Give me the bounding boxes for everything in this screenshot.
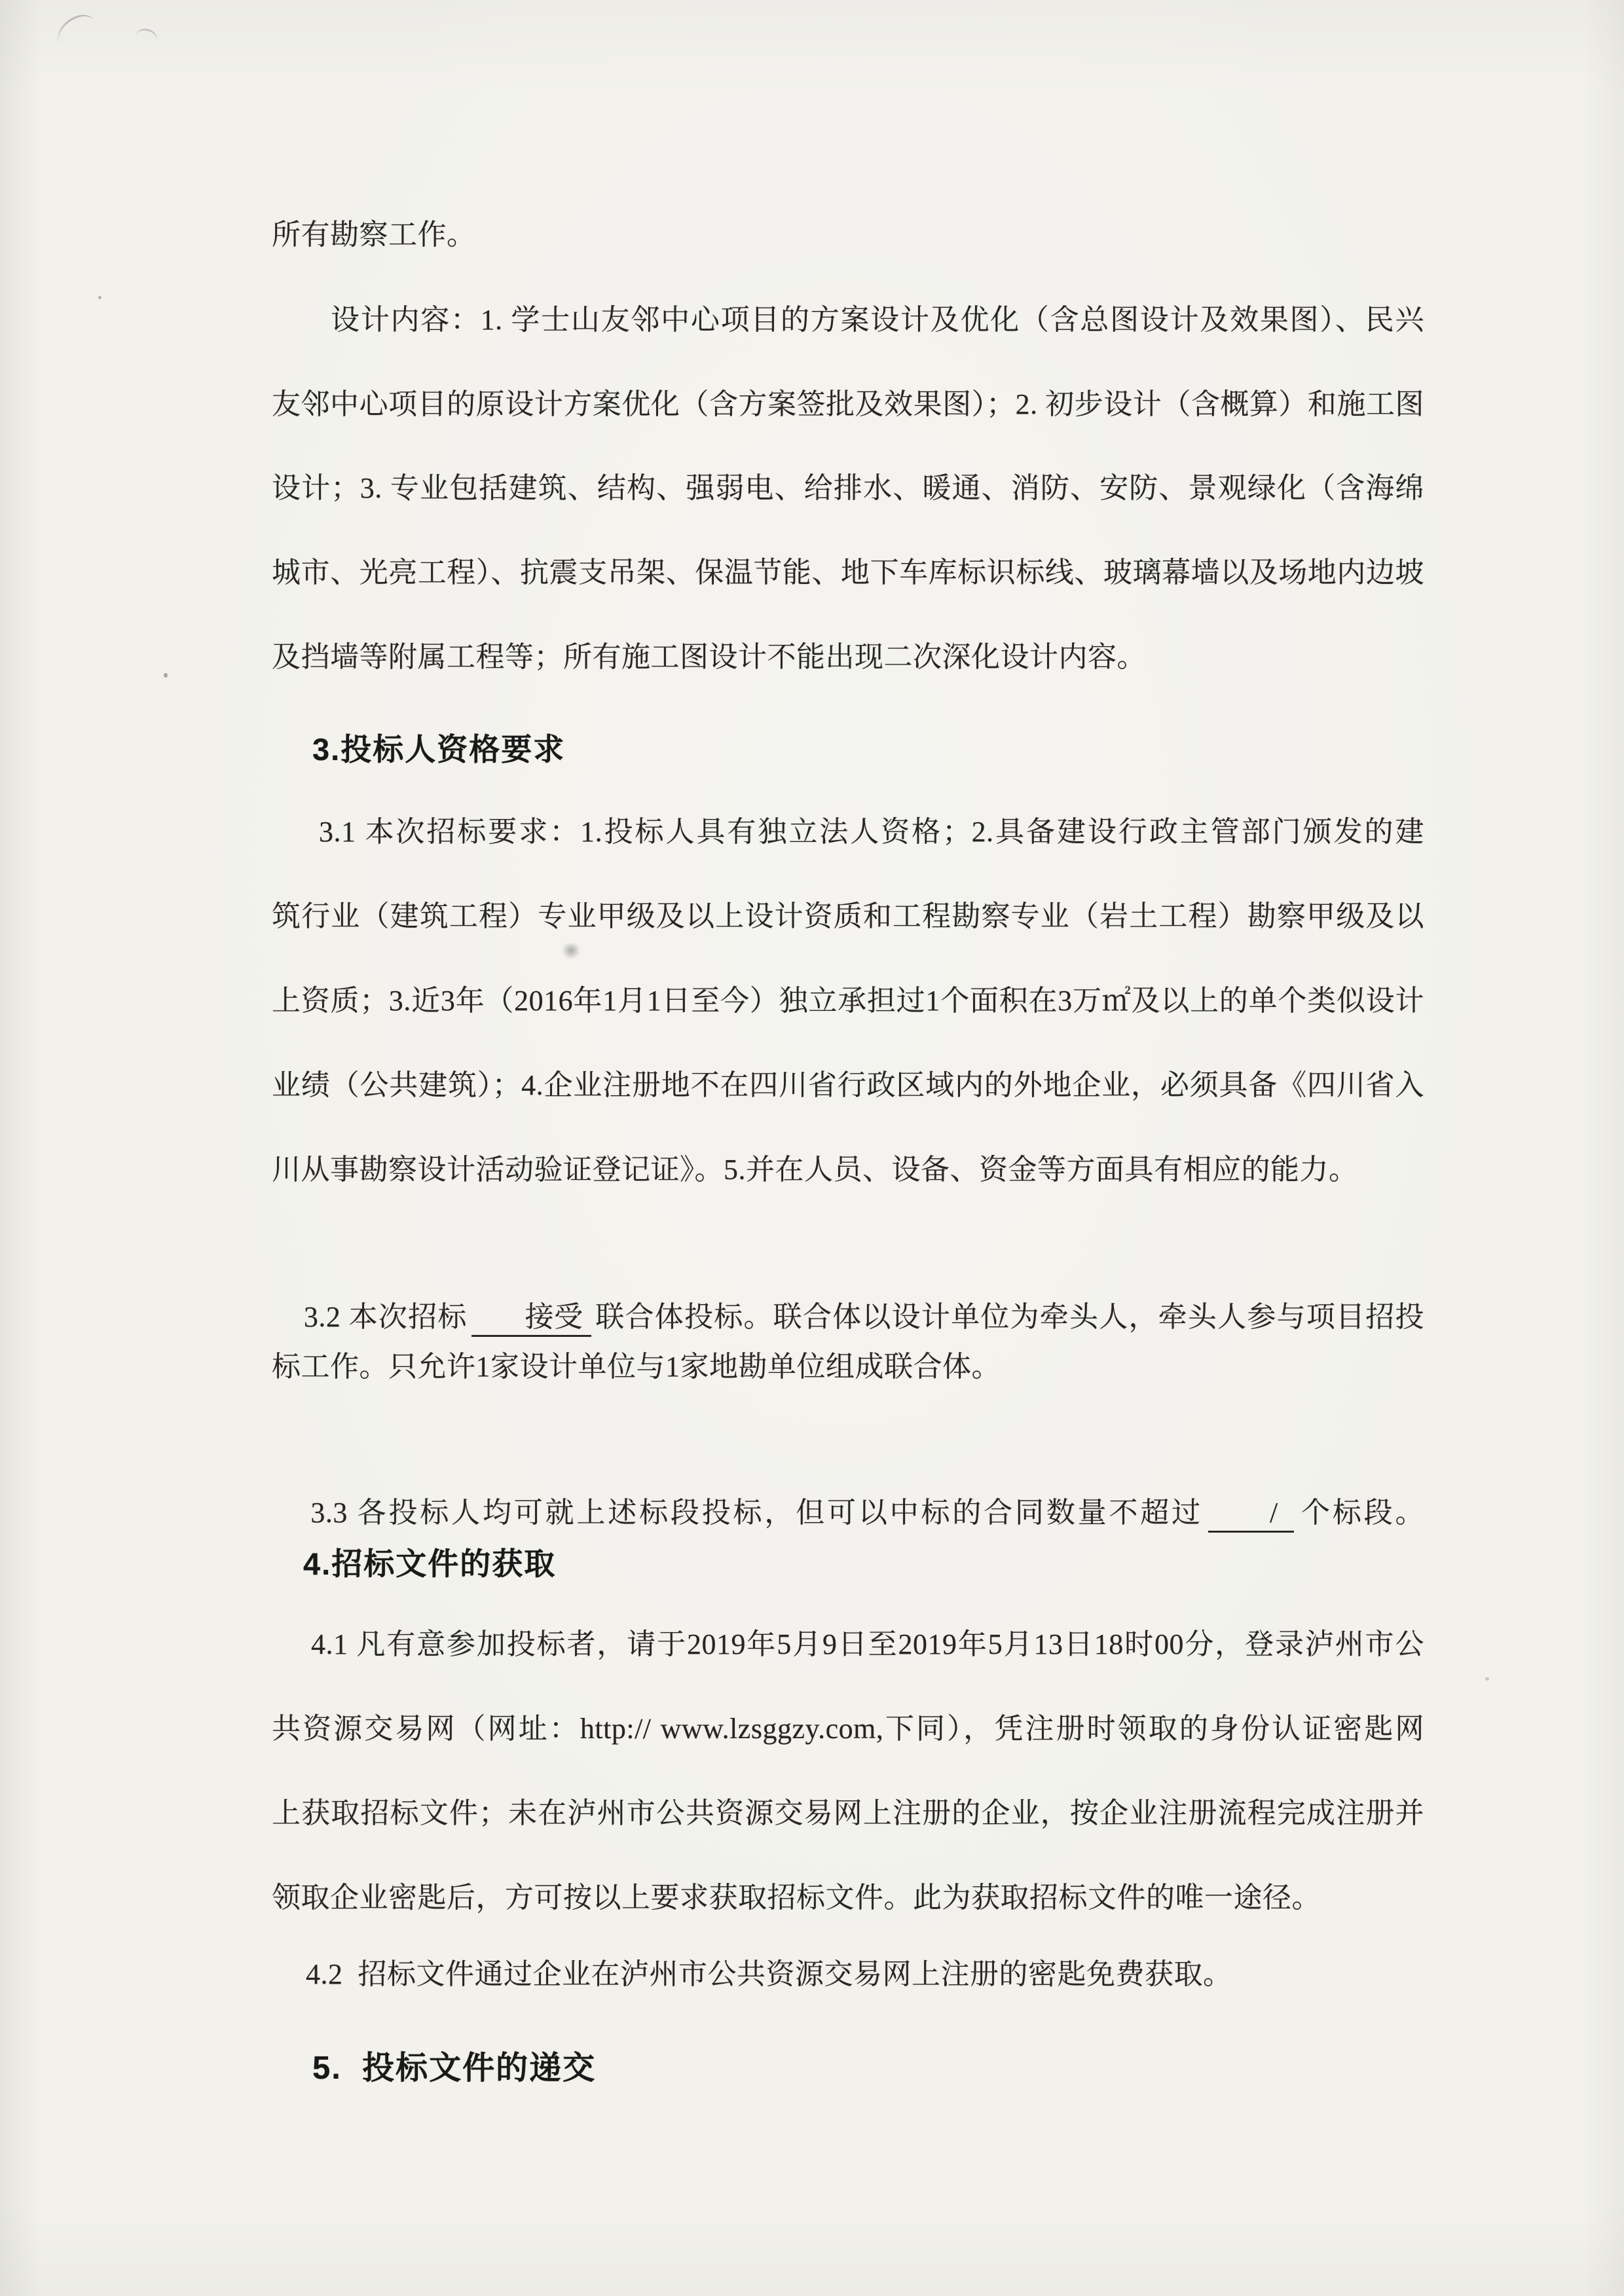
- item-4-1-line-3: 上获取招标文件；未在泸州市公共资源交易网上注册的企业，按企业注册流程完成注册并: [272, 1796, 1424, 1831]
- item-3-2-line-2: 标工作。只允许1家设计单位与1家地勘单位组成联合体。: [272, 1350, 1424, 1385]
- item-3-1-line-3: 上资质；3.近3年（2016年1月1日至今）独立承担过1个面积在3万㎡及以上的单…: [272, 984, 1424, 1019]
- scanned-document-page: 所有勘察工作。 设计内容：1. 学士山友邻中心项目的方案设计及优化（含总图设计及…: [0, 0, 1624, 2296]
- pencil-scribble: [133, 26, 159, 50]
- item-4-1-line-2: 共资源交易网（网址：http:// www.lzsggzy.com,下同），凭注…: [272, 1712, 1424, 1747]
- paragraph-survey-work-end: 所有勘察工作。: [272, 218, 1424, 253]
- item-3-3-text-before: 3.3 各投标人均可就上述标段投标，但可以中标的合同数量不超过: [310, 1497, 1203, 1529]
- section-heading-bid-submission: 5. 投标文件的递交: [272, 2043, 1424, 2088]
- ink-smudge: [562, 943, 580, 959]
- paper-speck: [1485, 1677, 1489, 1681]
- underlined-word-accept: 接受: [471, 1300, 591, 1337]
- item-4-1-line-1: 4.1 凡有意参加投标者，请于2019年5月9日至2019年5月13日18时00…: [272, 1628, 1424, 1662]
- item-3-2-text-after: 联合体投标。联合体以设计单位为牵头人，牵头人参与项目招投: [595, 1301, 1424, 1333]
- item-3-1-line-4: 业绩（公共建筑）；4.企业注册地不在四川省行政区域内的外地企业，必须具备《四川省…: [272, 1068, 1424, 1103]
- paper-speck: [164, 673, 168, 678]
- paragraph-design-content-line-3: 设计；3. 专业包括建筑、结构、强弱电、给排水、暖通、消防、安防、景观绿化（含海…: [272, 471, 1424, 506]
- section-heading-bidder-qualification: 3.投标人资格要求: [272, 725, 1424, 769]
- pencil-scribble: [52, 10, 103, 56]
- item-4-1-line-4: 领取企业密匙后，方可按以上要求获取招标文件。此为获取招标文件的唯一途径。: [272, 1881, 1424, 1916]
- underlined-slash-blank: /: [1208, 1496, 1294, 1533]
- item-3-3-text-after: 个标段。: [1299, 1497, 1424, 1529]
- item-4-2-line: 4.2 招标文件通过企业在泸州市公共资源交易网上注册的密匙免费获取。: [272, 1958, 1424, 1992]
- section-heading-obtain-documents: 4.招标文件的获取: [272, 1540, 1424, 1584]
- item-3-1-line-1: 3.1 本次招标要求：1.投标人具有独立法人资格；2.具备建设行政主管部门颁发的…: [272, 815, 1424, 850]
- paragraph-design-content-line-1: 设计内容：1. 学士山友邻中心项目的方案设计及优化（含总图设计及效果图）、民兴: [272, 303, 1424, 338]
- item-3-1-line-5: 川从事勘察设计活动验证登记证》。5.并在人员、设备、资金等方面具有相应的能力。: [272, 1153, 1424, 1188]
- paragraph-design-content-line-2: 友邻中心项目的原设计方案优化（含方案签批及效果图）；2. 初步设计（含概算）和施…: [272, 388, 1424, 422]
- item-3-2-text-before: 3.2 本次招标: [304, 1301, 468, 1333]
- paper-speck: [98, 296, 101, 299]
- item-3-1-line-2: 筑行业（建筑工程）专业甲级及以上设计资质和工程勘察专业（岩土工程）勘察甲级及以: [272, 900, 1424, 934]
- paragraph-design-content-line-4: 城市、光亮工程）、抗震支吊架、保温节能、地下车库标识标线、玻璃幕墙以及场地内边坡: [272, 556, 1424, 591]
- paragraph-design-content-line-5: 及挡墙等附属工程等；所有施工图设计不能出现二次深化设计内容。: [272, 640, 1424, 675]
